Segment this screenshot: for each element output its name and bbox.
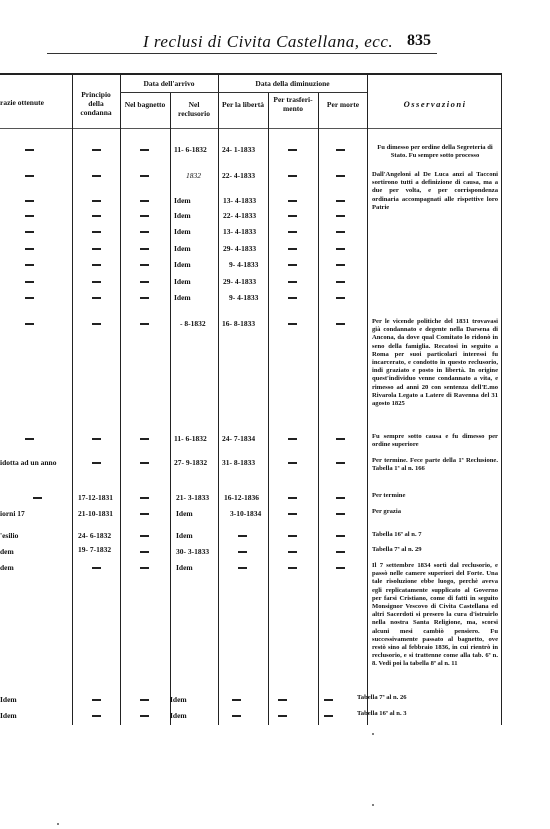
empty-dash	[336, 231, 345, 233]
empty-dash	[140, 248, 149, 250]
osservazioni-text: Fu dimesso per ordine della Segreteria d…	[372, 144, 498, 160]
grazie-text: 'esilio	[0, 531, 18, 540]
liberta-date: 9- 4-1833	[229, 293, 258, 302]
osservazioni-text: Per termine	[372, 492, 498, 500]
empty-dash	[336, 513, 345, 515]
grazie-text: dem	[0, 547, 14, 556]
grazie-text: Idem	[0, 711, 17, 720]
empty-dash	[92, 231, 101, 233]
empty-dash	[288, 264, 297, 266]
empty-dash	[92, 438, 101, 440]
empty-dash	[25, 175, 34, 177]
page-number: 835	[407, 32, 431, 50]
header-diminuzione-group: Data della diminuzione	[218, 79, 367, 88]
reclusorio-date: 30- 3-1833	[176, 547, 209, 556]
empty-dash	[238, 535, 247, 537]
reclusorio-date: Idem	[174, 211, 191, 220]
empty-dash	[140, 281, 149, 283]
empty-dash	[288, 149, 297, 151]
empty-dash	[140, 551, 149, 553]
empty-dash	[25, 281, 34, 283]
empty-dash	[238, 567, 247, 569]
osservazioni-text: Per grazia	[372, 508, 498, 516]
principio-date: 17-12-1831	[78, 493, 113, 502]
header-osservazioni: Osservazioni	[370, 100, 500, 109]
empty-dash	[140, 264, 149, 266]
column-rule	[120, 75, 121, 725]
empty-dash	[278, 699, 287, 701]
osservazioni-text: Tabella 7ª al n. 26	[357, 694, 483, 702]
empty-dash	[92, 175, 101, 177]
empty-dash	[140, 497, 149, 499]
empty-dash	[140, 231, 149, 233]
header-dim-trasferimento: Per trasferi-mento	[272, 95, 314, 113]
header-arrivo-group: Data dell'arrivo	[120, 79, 218, 88]
reclusorio-date: 11- 6-1832	[174, 145, 207, 154]
header-dim-morte: Per morte	[322, 100, 364, 109]
osservazioni-text: Dall'Angeloni al De Luca anzi al Tacconi…	[372, 171, 498, 212]
reclusorio-date: Idem	[174, 277, 191, 286]
running-head: I reclusi di Civita Castellana, ecc. 835	[0, 30, 440, 52]
column-rule	[501, 75, 502, 725]
empty-dash	[140, 149, 149, 151]
osservazioni-text: Il 7 settembre 1834 sortì dal reclusorio…	[372, 562, 498, 669]
reclusorio-date: Idem	[176, 509, 193, 518]
reclusorio-date: 11- 6-1832	[174, 434, 207, 443]
empty-dash	[92, 567, 101, 569]
empty-dash	[92, 264, 101, 266]
scan-speck	[372, 733, 374, 735]
liberta-date: 24- 7-1834	[222, 434, 255, 443]
empty-dash	[25, 231, 34, 233]
osservazioni-text: Per le vicende politiche del 1831 trovav…	[372, 318, 498, 408]
header-principio: Principio della condanna	[76, 90, 116, 117]
empty-dash	[25, 264, 34, 266]
empty-dash	[140, 567, 149, 569]
empty-dash	[25, 215, 34, 217]
liberta-date: 24- 1-1833	[222, 145, 255, 154]
empty-dash	[140, 297, 149, 299]
empty-dash	[324, 715, 333, 717]
liberta-date: 22- 4-1833	[222, 171, 255, 180]
liberta-date: 29- 4-1833	[223, 244, 256, 253]
empty-dash	[288, 200, 297, 202]
empty-dash	[336, 567, 345, 569]
principio-date: 24- 6-1832	[78, 531, 111, 540]
empty-dash	[92, 149, 101, 151]
empty-dash	[140, 462, 149, 464]
reclusorio-date: Idem	[174, 260, 191, 269]
empty-dash	[140, 323, 149, 325]
empty-dash	[140, 175, 149, 177]
grazie-text: iorni 17	[0, 509, 25, 518]
empty-dash	[288, 248, 297, 250]
empty-dash	[336, 149, 345, 151]
running-title: I reclusi di Civita Castellana, ecc.	[143, 32, 393, 52]
empty-dash	[92, 699, 101, 701]
empty-dash	[336, 535, 345, 537]
empty-dash	[92, 323, 101, 325]
reclusorio-date: Idem	[174, 227, 191, 236]
arrivo-group-rule	[120, 92, 218, 93]
grazie-text: idotta ad un anno	[0, 458, 56, 467]
column-rule	[268, 92, 269, 725]
liberta-date: 9- 4-1833	[229, 260, 258, 269]
header-bottom-rule	[0, 128, 502, 129]
empty-dash	[336, 497, 345, 499]
empty-dash	[288, 497, 297, 499]
empty-dash	[92, 215, 101, 217]
empty-dash	[336, 462, 345, 464]
scan-speck	[372, 804, 374, 806]
empty-dash	[33, 497, 42, 499]
empty-dash	[336, 264, 345, 266]
empty-dash	[25, 149, 34, 151]
header-grazie: razie ottenute	[0, 98, 68, 107]
empty-dash	[232, 699, 241, 701]
principio-date: 21-10-1831	[78, 509, 113, 518]
empty-dash	[288, 297, 297, 299]
empty-dash	[140, 215, 149, 217]
empty-dash	[140, 438, 149, 440]
empty-dash	[140, 699, 149, 701]
grazie-text: dem	[0, 563, 14, 572]
empty-dash	[288, 513, 297, 515]
osservazioni-text: Tabella 7ª al n. 29	[372, 546, 498, 554]
empty-dash	[288, 438, 297, 440]
reclusorio-date: Idem	[174, 196, 191, 205]
empty-dash	[336, 215, 345, 217]
empty-dash	[25, 438, 34, 440]
liberta-date: 16-12-1836	[224, 493, 259, 502]
empty-dash	[232, 715, 241, 717]
empty-dash	[336, 248, 345, 250]
scan-speck	[57, 823, 59, 825]
empty-dash	[288, 231, 297, 233]
osservazioni-text: Tabella 16ª al n. 3	[357, 710, 483, 718]
empty-dash	[92, 248, 101, 250]
principio-date: 19- 7-1832	[78, 545, 111, 554]
reclusorio-date: Idem	[176, 531, 193, 540]
diminuzione-group-rule	[218, 92, 367, 93]
empty-dash	[288, 462, 297, 464]
liberta-date: 31- 8-1833	[222, 458, 255, 467]
empty-dash	[25, 200, 34, 202]
osservazioni-text: Per termine. Fece parte della 1ª Reclusi…	[372, 457, 498, 473]
liberta-date: 13- 4-1833	[223, 196, 256, 205]
empty-dash	[25, 323, 34, 325]
column-rule	[318, 92, 319, 725]
empty-dash	[278, 715, 287, 717]
liberta-date: 22- 4-1833	[223, 211, 256, 220]
header-arrivo-reclusorio: Nel reclusorio	[172, 100, 216, 118]
reclusorio-date: - 8-1832	[180, 319, 206, 328]
empty-dash	[288, 323, 297, 325]
header-rule	[47, 53, 437, 54]
empty-dash	[25, 297, 34, 299]
liberta-date: 3-10-1834	[230, 509, 261, 518]
osservazioni-text: Fu sempre sotto causa e fu dimesso per o…	[372, 433, 498, 449]
empty-dash	[92, 462, 101, 464]
reclusorio-date: Idem	[170, 711, 187, 720]
grazie-text: Idem	[0, 695, 17, 704]
reclusorio-date: Idem	[174, 293, 191, 302]
column-rule	[218, 75, 219, 725]
empty-dash	[288, 215, 297, 217]
reclusorio-date: Idem	[174, 244, 191, 253]
empty-dash	[92, 281, 101, 283]
empty-dash	[140, 535, 149, 537]
empty-dash	[336, 281, 345, 283]
empty-dash	[238, 551, 247, 553]
liberta-date: 29- 4-1833	[223, 277, 256, 286]
empty-dash	[288, 175, 297, 177]
empty-dash	[336, 297, 345, 299]
empty-dash	[92, 297, 101, 299]
table-top-rule	[0, 73, 502, 75]
empty-dash	[288, 281, 297, 283]
empty-dash	[288, 567, 297, 569]
header-dim-liberta: Per la libertà	[222, 100, 264, 109]
empty-dash	[25, 248, 34, 250]
empty-dash	[288, 535, 297, 537]
reclusorio-date: 27- 9-1832	[174, 458, 207, 467]
reclusorio-date: Idem	[176, 563, 193, 572]
empty-dash	[336, 175, 345, 177]
empty-dash	[140, 200, 149, 202]
reclusorio-date: 21- 3-1833	[176, 493, 209, 502]
liberta-date: 13- 4-1833	[223, 227, 256, 236]
column-rule	[170, 92, 171, 725]
reclusorio-date: 1832	[186, 171, 201, 180]
empty-dash	[140, 715, 149, 717]
osservazioni-text: Tabella 16ª al n. 7	[372, 531, 498, 539]
empty-dash	[92, 715, 101, 717]
header-arrivo-bagnetto: Nel bagnetto	[124, 100, 166, 109]
liberta-date: 16- 8-1833	[222, 319, 255, 328]
column-rule	[367, 75, 368, 725]
column-rule	[72, 75, 73, 725]
empty-dash	[336, 551, 345, 553]
empty-dash	[324, 699, 333, 701]
empty-dash	[92, 200, 101, 202]
empty-dash	[336, 438, 345, 440]
empty-dash	[336, 323, 345, 325]
empty-dash	[140, 513, 149, 515]
empty-dash	[288, 551, 297, 553]
reclusorio-date: Idem	[170, 695, 187, 704]
empty-dash	[336, 200, 345, 202]
